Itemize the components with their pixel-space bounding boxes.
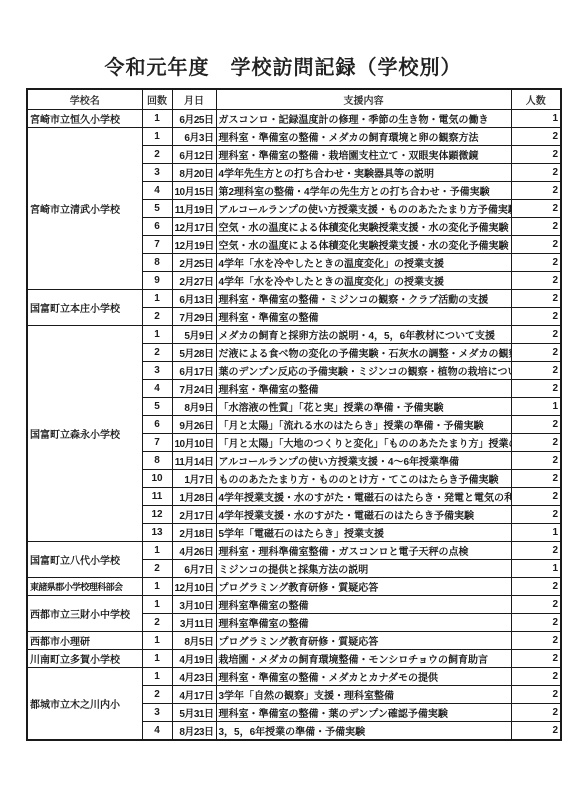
people-count-cell: 2	[511, 650, 561, 668]
visit-count-cell: 9	[142, 272, 172, 290]
people-count-cell: 2	[511, 272, 561, 290]
visit-count-cell: 8	[142, 452, 172, 470]
date-cell: 5月31日	[172, 704, 216, 722]
visit-count-cell: 1	[142, 650, 172, 668]
support-content-cell: アルコールランプの使い方授業支援・もののあたたまり方予備実験	[216, 200, 511, 218]
school-name-cell: 東諸県郡小学校理科部会	[27, 578, 142, 596]
people-count-cell: 2	[511, 326, 561, 344]
school-name-cell: 国富町立森永小学校	[27, 326, 142, 542]
people-count-cell: 2	[511, 308, 561, 326]
date-cell: 9月26日	[172, 416, 216, 434]
support-content-cell: 理科室準備室の整備	[216, 614, 511, 632]
people-count-cell: 2	[511, 596, 561, 614]
visit-count-cell: 7	[142, 236, 172, 254]
people-count-cell: 2	[511, 182, 561, 200]
people-count-cell: 2	[511, 722, 561, 741]
people-count-cell: 2	[511, 290, 561, 308]
date-cell: 4月17日	[172, 686, 216, 704]
people-count-cell: 2	[511, 614, 561, 632]
visit-count-cell: 1	[142, 290, 172, 308]
support-content-cell: 5学年「電磁石のはたらき」授業支援	[216, 524, 511, 542]
people-count-cell: 2	[511, 542, 561, 560]
visit-count-cell: 12	[142, 506, 172, 524]
support-content-cell: もののあたたまり方・もののとけ方・てこのはたらき予備実験	[216, 470, 511, 488]
support-content-cell: アルコールランプの使い方授業支援・4～6年授業準備	[216, 452, 511, 470]
visit-count-cell: 2	[142, 614, 172, 632]
date-cell: 4月26日	[172, 542, 216, 560]
people-count-cell: 2	[511, 416, 561, 434]
people-count-cell: 2	[511, 488, 561, 506]
support-content-cell: 理科室・準備室の整備	[216, 380, 511, 398]
people-count-cell: 1	[511, 560, 561, 578]
date-cell: 6月25日	[172, 110, 216, 128]
people-count-cell: 2	[511, 704, 561, 722]
visit-count-cell: 2	[142, 686, 172, 704]
people-count-cell: 2	[511, 452, 561, 470]
visit-count-cell: 10	[142, 470, 172, 488]
people-count-cell: 2	[511, 218, 561, 236]
people-count-cell: 2	[511, 470, 561, 488]
support-content-cell: ミジンコの提供と採集方法の説明	[216, 560, 511, 578]
table-row: 川南町立多賀小学校14月19日栽培園・メダカの飼育環境整備・モンシロチョウの飼育…	[27, 650, 561, 668]
header-school-name: 学校名	[27, 89, 142, 110]
visit-count-cell: 2	[142, 146, 172, 164]
people-count-cell: 2	[511, 506, 561, 524]
date-cell: 4月19日	[172, 650, 216, 668]
date-cell: 1月7日	[172, 470, 216, 488]
header-visit-count: 回数	[142, 89, 172, 110]
visit-count-cell: 5	[142, 398, 172, 416]
school-name-cell: 西都市小理研	[27, 632, 142, 650]
visit-count-cell: 1	[142, 326, 172, 344]
support-content-cell: 理科室・準備室の整備	[216, 308, 511, 326]
visit-count-cell: 1	[142, 110, 172, 128]
table-row: 都城市立木之川内小14月23日理科室・準備室の整備・メダカとカナダモの提供2	[27, 668, 561, 686]
date-cell: 8月9日	[172, 398, 216, 416]
date-cell: 6月3日	[172, 128, 216, 146]
people-count-cell: 2	[511, 344, 561, 362]
date-cell: 11月14日	[172, 452, 216, 470]
support-content-cell: 理科室・理科準備室整備・ガスコンロと電子天秤の点検	[216, 542, 511, 560]
visit-count-cell: 2	[142, 560, 172, 578]
school-name-cell: 宮崎市立恒久小学校	[27, 110, 142, 128]
visit-count-cell: 6	[142, 218, 172, 236]
support-content-cell: 3，5，6年授業の準備・予備実験	[216, 722, 511, 741]
date-cell: 11月19日	[172, 200, 216, 218]
support-content-cell: 4学年授業支援・水のすがた・電磁石のはたらき・発電と電気の利用予備実験	[216, 488, 511, 506]
visit-count-cell: 2	[142, 344, 172, 362]
header-row: 学校名 回数 月日 支援内容 人数	[27, 89, 561, 110]
header-date: 月日	[172, 89, 216, 110]
school-name-cell: 西都市立三財小中学校	[27, 596, 142, 632]
date-cell: 10月10日	[172, 434, 216, 452]
people-count-cell: 2	[511, 434, 561, 452]
support-content-cell: プログラミング教育研修・質疑応答	[216, 578, 511, 596]
date-cell: 3月10日	[172, 596, 216, 614]
people-count-cell: 2	[511, 254, 561, 272]
table-row: 東諸県郡小学校理科部会112月10日プログラミング教育研修・質疑応答2	[27, 578, 561, 596]
school-name-cell: 川南町立多賀小学校	[27, 650, 142, 668]
date-cell: 7月29日	[172, 308, 216, 326]
support-content-cell: 第2理科室の整備・4学年の先生方との打ち合わせ・予備実験	[216, 182, 511, 200]
support-content-cell: 「月と太陽」「大地のつくりと変化」「もののあたたまり方」授業の準備・予備実験	[216, 434, 511, 452]
visit-count-cell: 3	[142, 164, 172, 182]
people-count-cell: 1	[511, 398, 561, 416]
support-content-cell: 「水溶液の性質」「花と実」授業の準備・予備実験	[216, 398, 511, 416]
date-cell: 6月17日	[172, 362, 216, 380]
support-content-cell: 理科室・準備室の整備・ミジンコの観察・クラブ活動の支援	[216, 290, 511, 308]
table-row: 宮崎市立清武小学校16月3日理科室・準備室の整備・メダカの飼育環境と卵の観察方法…	[27, 128, 561, 146]
support-content-cell: 理科室・準備室の整備・メダカの飼育環境と卵の観察方法	[216, 128, 511, 146]
people-count-cell: 2	[511, 164, 561, 182]
page-title: 令和元年度 学校訪問記録（学校別）	[0, 51, 566, 80]
visit-count-cell: 6	[142, 416, 172, 434]
support-content-cell: 空気・水の温度による体積変化実験授業支援・水の変化予備実験	[216, 218, 511, 236]
visit-count-cell: 4	[142, 380, 172, 398]
visit-count-cell: 1	[142, 578, 172, 596]
people-count-cell: 2	[511, 578, 561, 596]
date-cell: 8月23日	[172, 722, 216, 741]
visit-count-cell: 2	[142, 308, 172, 326]
visit-count-cell: 4	[142, 182, 172, 200]
support-content-cell: 4学年「水を冷やしたときの温度変化」の授業支援	[216, 254, 511, 272]
support-content-cell: 3学年「自然の観察」支援・理科室整備	[216, 686, 511, 704]
support-content-cell: だ液による食べ物の変化の予備実験・石灰水の調整・メダカの観察	[216, 344, 511, 362]
visit-count-cell: 1	[142, 128, 172, 146]
school-name-cell: 宮崎市立清武小学校	[27, 128, 142, 290]
people-count-cell: 2	[511, 236, 561, 254]
people-count-cell: 2	[511, 362, 561, 380]
school-name-cell: 国富町立本庄小学校	[27, 290, 142, 326]
support-content-cell: 4学年先生方との打ち合わせ・実験器具等の説明	[216, 164, 511, 182]
date-cell: 3月11日	[172, 614, 216, 632]
visit-count-cell: 1	[142, 668, 172, 686]
support-content-cell: 理科室・準備室の整備・メダカとカナダモの提供	[216, 668, 511, 686]
visit-count-cell: 7	[142, 434, 172, 452]
people-count-cell: 1	[511, 524, 561, 542]
people-count-cell: 2	[511, 686, 561, 704]
support-content-cell: ガスコンロ・記録温度計の修理・季節の生き物・電気の働き	[216, 110, 511, 128]
people-count-cell: 2	[511, 380, 561, 398]
visit-record-table: 学校名 回数 月日 支援内容 人数 宮崎市立恒久小学校16月25日ガスコンロ・記…	[26, 88, 562, 741]
visit-count-cell: 3	[142, 362, 172, 380]
people-count-cell: 2	[511, 632, 561, 650]
header-people-count: 人数	[511, 89, 561, 110]
support-content-cell: 4学年授業支援・水のすがた・電磁石のはたらき予備実験	[216, 506, 511, 524]
support-content-cell: 4学年「水を冷やしたときの温度変化」の授業支援	[216, 272, 511, 290]
date-cell: 2月27日	[172, 272, 216, 290]
date-cell: 8月20日	[172, 164, 216, 182]
visit-count-cell: 4	[142, 722, 172, 741]
visit-count-cell: 1	[142, 542, 172, 560]
date-cell: 7月24日	[172, 380, 216, 398]
date-cell: 4月23日	[172, 668, 216, 686]
support-content-cell: プログラミング教育研修・質疑応答	[216, 632, 511, 650]
support-content-cell: 空気・水の温度による体積変化実験授業支援・水の変化予備実験	[216, 236, 511, 254]
people-count-cell: 2	[511, 128, 561, 146]
date-cell: 6月13日	[172, 290, 216, 308]
people-count-cell: 2	[511, 200, 561, 218]
date-cell: 8月5日	[172, 632, 216, 650]
people-count-cell: 1	[511, 110, 561, 128]
table-row: 西都市小理研18月5日プログラミング教育研修・質疑応答2	[27, 632, 561, 650]
date-cell: 2月25日	[172, 254, 216, 272]
header-support-content: 支援内容	[216, 89, 511, 110]
date-cell: 12月19日	[172, 236, 216, 254]
date-cell: 12月10日	[172, 578, 216, 596]
date-cell: 6月12日	[172, 146, 216, 164]
support-content-cell: 理科室・準備室の整備・栽培園支柱立て・双眼実体顕微鏡	[216, 146, 511, 164]
table-row: 国富町立森永小学校15月9日メダカの飼育と採卵方法の説明・4，5，6年教材につい…	[27, 326, 561, 344]
date-cell: 1月28日	[172, 488, 216, 506]
school-name-cell: 国富町立八代小学校	[27, 542, 142, 578]
date-cell: 10月15日	[172, 182, 216, 200]
people-count-cell: 2	[511, 146, 561, 164]
date-cell: 6月7日	[172, 560, 216, 578]
support-content-cell: 葉のデンプン反応の予備実験・ミジンコの観察・植物の栽培について	[216, 362, 511, 380]
support-content-cell: メダカの飼育と採卵方法の説明・4，5，6年教材について支援	[216, 326, 511, 344]
table-body: 宮崎市立恒久小学校16月25日ガスコンロ・記録温度計の修理・季節の生き物・電気の…	[27, 110, 561, 741]
support-content-cell: 「月と太陽」「流れる水のはたらき」授業の準備・予備実験	[216, 416, 511, 434]
date-cell: 2月17日	[172, 506, 216, 524]
table-row: 西都市立三財小中学校13月10日理科室準備室の整備2	[27, 596, 561, 614]
support-content-cell: 理科室準備室の整備	[216, 596, 511, 614]
date-cell: 12月17日	[172, 218, 216, 236]
table-row: 国富町立本庄小学校16月13日理科室・準備室の整備・ミジンコの観察・クラブ活動の…	[27, 290, 561, 308]
visit-count-cell: 5	[142, 200, 172, 218]
table-row: 宮崎市立恒久小学校16月25日ガスコンロ・記録温度計の修理・季節の生き物・電気の…	[27, 110, 561, 128]
visit-count-cell: 1	[142, 596, 172, 614]
support-content-cell: 理科室・準備室の整備・葉のデンプン確認予備実験	[216, 704, 511, 722]
visit-count-cell: 13	[142, 524, 172, 542]
visit-count-cell: 8	[142, 254, 172, 272]
date-cell: 5月9日	[172, 326, 216, 344]
date-cell: 2月18日	[172, 524, 216, 542]
table-row: 国富町立八代小学校14月26日理科室・理科準備室整備・ガスコンロと電子天秤の点検…	[27, 542, 561, 560]
visit-count-cell: 11	[142, 488, 172, 506]
people-count-cell: 2	[511, 668, 561, 686]
school-name-cell: 都城市立木之川内小	[27, 668, 142, 741]
date-cell: 5月28日	[172, 344, 216, 362]
visit-count-cell: 3	[142, 704, 172, 722]
visit-count-cell: 1	[142, 632, 172, 650]
support-content-cell: 栽培園・メダカの飼育環境整備・モンシロチョウの飼育助言	[216, 650, 511, 668]
document-page: 令和元年度 学校訪問記録（学校別） 学校名 回数 月日 支援内容 人数 宮崎市立…	[0, 0, 566, 800]
